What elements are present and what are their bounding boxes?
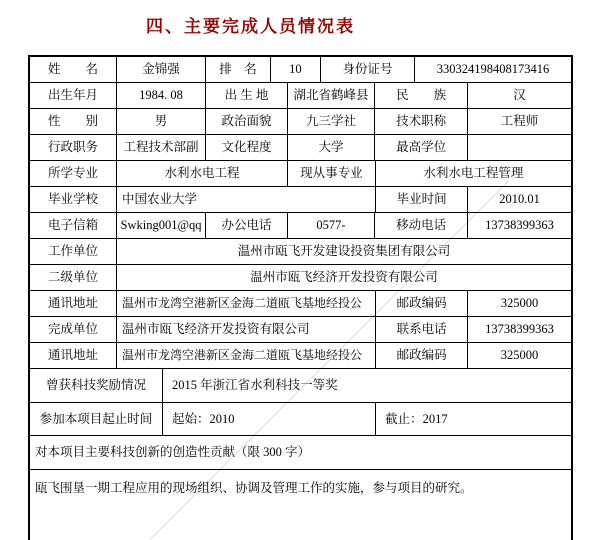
- work-unit-value: 温州市瓯飞开发建设投资集团有限公司: [116, 239, 571, 264]
- table-row-gender: 性 别 男 政治面貌 九三学社 技术职称 工程师: [30, 108, 571, 134]
- birth-place-label: 出 生 地: [205, 83, 287, 108]
- mailing-address-label: 通讯地址: [30, 291, 116, 316]
- birth-place-value: 湖北省鹤峰县: [287, 83, 374, 108]
- major-studied-label: 所学专业: [30, 161, 116, 186]
- table-row-contribution-content: 瓯飞围垦一期工程应用的现场组织、协调及管理工作的实施，参与项目的研究。: [30, 469, 571, 540]
- completing-unit-label: 完成单位: [30, 317, 116, 342]
- gender-value: 男: [116, 109, 205, 134]
- secondary-unit-value: 温州市瓯飞经济开发投资有限公司: [116, 265, 571, 290]
- admin-position-label: 行政职务: [30, 135, 116, 160]
- graduation-date-value: 2010.01: [467, 187, 571, 212]
- graduate-school-value: 中国农业大学: [116, 187, 375, 212]
- id-number-value: 330324198408173416: [414, 57, 571, 82]
- email-label: 电子信箱: [30, 213, 116, 238]
- table-row-address-2: 通讯地址 温州市龙湾空港新区金海二道瓯飞基地经投公 邮政编码 325000: [30, 342, 571, 368]
- ethnicity-label: 民 族: [374, 83, 467, 108]
- mailing-address-2-value: 温州市龙湾空港新区金海二道瓯飞基地经投公: [116, 343, 375, 368]
- page-title: 四、主要完成人员情况表: [0, 0, 596, 38]
- mobile-phone-value: 13738399363: [467, 213, 571, 238]
- project-period-label: 参加本项目起止时间: [30, 403, 162, 435]
- table-row-project-period: 参加本项目起止时间 起始：2010 截止：2017: [30, 402, 571, 435]
- graduation-date-label: 毕业时间: [375, 187, 467, 212]
- mobile-phone-label: 移动电话: [374, 213, 467, 238]
- political-status-value: 九三学社: [287, 109, 374, 134]
- id-number-label: 身份证号: [320, 57, 414, 82]
- rank-label: 排 名: [205, 57, 270, 82]
- project-start-value: 起始：2010: [162, 403, 375, 435]
- postal-code-2-value: 325000: [467, 343, 571, 368]
- name-value: 金锦强: [116, 57, 205, 82]
- birth-date-value: 1984. 08: [116, 83, 205, 108]
- table-row-major: 所学专业 水利水电工程 现从事专业 水利水电工程管理: [30, 160, 571, 186]
- table-row-school: 毕业学校 中国农业大学 毕业时间 2010.01: [30, 186, 571, 212]
- current-profession-value: 水利水电工程管理: [375, 161, 571, 186]
- current-profession-label: 现从事专业: [287, 161, 375, 186]
- table-row-completing-unit: 完成单位 温州市瓯飞经济开发投资有限公司 联系电话 13738399363: [30, 316, 571, 342]
- work-unit-label: 工作单位: [30, 239, 116, 264]
- rank-value: 10: [270, 57, 320, 82]
- document-page: 四、主要完成人员情况表 姓 名 金锦强 排 名 10 身份证号 33032419…: [0, 0, 596, 540]
- mailing-address-2-label: 通讯地址: [30, 343, 116, 368]
- admin-position-value: 工程技术部副: [116, 135, 205, 160]
- major-studied-value: 水利水电工程: [116, 161, 287, 186]
- awards-value: 2015 年浙江省水利科技一等奖: [162, 369, 571, 402]
- table-row-contribution-heading: 对本项目主要科技创新的创造性贡献（限 300 字）: [30, 435, 571, 469]
- completing-unit-value: 温州市瓯飞经济开发投资有限公司: [116, 317, 375, 342]
- contribution-heading: 对本项目主要科技创新的创造性贡献（限 300 字）: [30, 436, 571, 469]
- table-row-name: 姓 名 金锦强 排 名 10 身份证号 330324198408173416: [30, 57, 571, 82]
- postal-code-value: 325000: [467, 291, 571, 316]
- education-level-label: 文化程度: [205, 135, 287, 160]
- office-phone-label: 办公电话: [205, 213, 287, 238]
- name-label: 姓 名: [30, 57, 116, 82]
- birth-date-label: 出生年月: [30, 83, 116, 108]
- table-row-position: 行政职务 工程技术部副 文化程度 大学 最高学位: [30, 134, 571, 160]
- table-row-birth: 出生年月 1984. 08 出 生 地 湖北省鹤峰县 民 族 汉: [30, 82, 571, 108]
- highest-degree-label: 最高学位: [374, 135, 467, 160]
- highest-degree-value: [467, 135, 571, 160]
- ethnicity-value: 汉: [467, 83, 571, 108]
- office-phone-value: 0577-: [287, 213, 374, 238]
- political-status-label: 政治面貌: [205, 109, 287, 134]
- table-row-awards: 曾获科技奖励情况 2015 年浙江省水利科技一等奖: [30, 368, 571, 402]
- table-row-contact: 电子信箱 Swking001@qq 办公电话 0577- 移动电话 137383…: [30, 212, 571, 238]
- personnel-info-table: 姓 名 金锦强 排 名 10 身份证号 330324198408173416 出…: [28, 55, 573, 540]
- education-level-value: 大学: [287, 135, 374, 160]
- table-row-work-unit: 工作单位 温州市瓯飞开发建设投资集团有限公司: [30, 238, 571, 264]
- email-value: Swking001@qq: [116, 213, 205, 238]
- secondary-unit-label: 二级单位: [30, 265, 116, 290]
- awards-label: 曾获科技奖励情况: [30, 369, 162, 402]
- technical-title-label: 技术职称: [374, 109, 467, 134]
- technical-title-value: 工程师: [467, 109, 571, 134]
- postal-code-label: 邮政编码: [375, 291, 467, 316]
- contact-phone-value: 13738399363: [467, 317, 571, 342]
- graduate-school-label: 毕业学校: [30, 187, 116, 212]
- mailing-address-value: 温州市龙湾空港新区金海二道瓯飞基地经投公: [116, 291, 375, 316]
- table-row-address-1: 通讯地址 温州市龙湾空港新区金海二道瓯飞基地经投公 邮政编码 325000: [30, 290, 571, 316]
- contribution-content: 瓯飞围垦一期工程应用的现场组织、协调及管理工作的实施，参与项目的研究。: [30, 470, 571, 540]
- project-end-value: 截止：2017: [375, 403, 571, 435]
- contact-phone-label: 联系电话: [375, 317, 467, 342]
- gender-label: 性 别: [30, 109, 116, 134]
- table-row-secondary-unit: 二级单位 温州市瓯飞经济开发投资有限公司: [30, 264, 571, 290]
- postal-code-2-label: 邮政编码: [375, 343, 467, 368]
